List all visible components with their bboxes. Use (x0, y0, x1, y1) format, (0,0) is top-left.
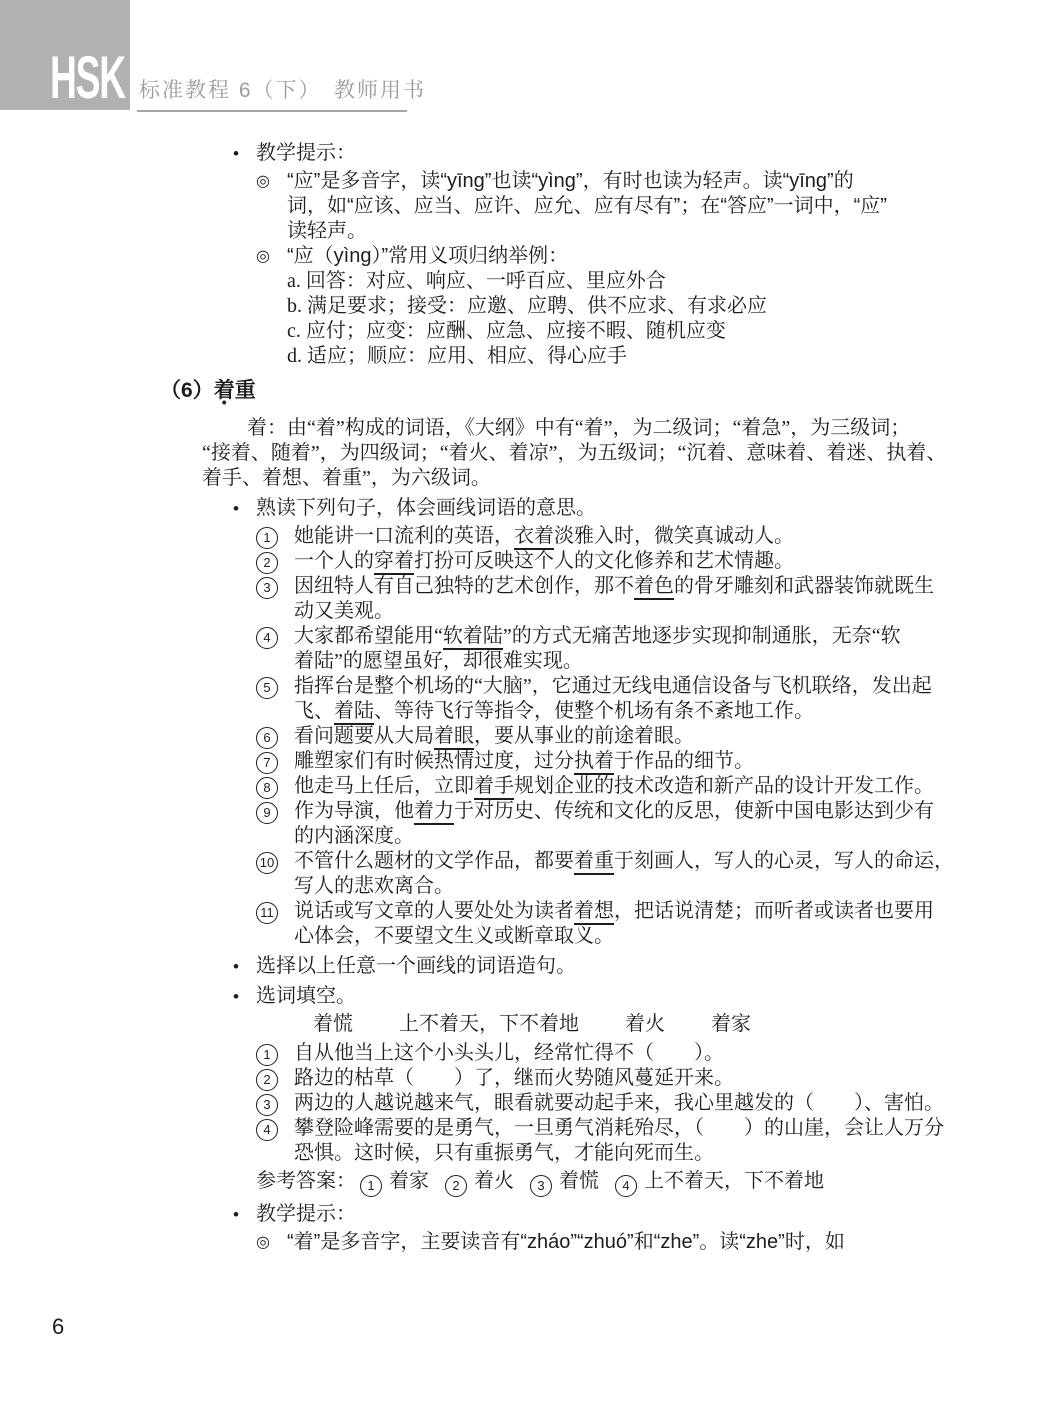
number-circle: 7 (256, 752, 278, 774)
numbered-sentence: 8他走马上任后，立即着手规划企业的技术改造和新产品的设计开发工作。 (256, 774, 1039, 799)
bullet-item: •选词填空。 (233, 984, 1039, 1009)
sentence-line: 恐惧。这时候，只有重振勇气，才能向死而生。 (294, 1141, 944, 1166)
sentence-lines: 不管什么题材的文学作品，都要着重于刻画人，写人的心灵，写人的命运，写人的悲欢离合… (294, 849, 954, 899)
sentence-lines: 攀登险峰需要的是勇气，一旦勇气消耗殆尽，（ ）的山崖，会让人万分恐惧。这时候，只… (294, 1116, 944, 1166)
sentence-number: 4 (256, 1116, 294, 1141)
note-line: 词，如“应该、应当、应许、应允、应有尽有”；在“答应”一词中，“应” (287, 194, 887, 219)
sentence-number: 4 (256, 624, 294, 649)
text-run: 打扮可反映这个人的文化修养和艺术情趣。 (414, 550, 794, 572)
sentence-lines: 他走马上任后，立即着手规划企业的技术改造和新产品的设计开发工作。 (294, 774, 934, 799)
note-line: “应（yìng）”常用义项归纳举例： (287, 244, 568, 269)
answer-word: 着家 (389, 1170, 429, 1192)
instruction-text: 选词填空。 (256, 984, 356, 1009)
numbered-sentence: 1她能讲一口流利的英语，衣着淡雅入时，微笑真诚动人。 (256, 524, 1039, 549)
note-lines: “应（yìng）”常用义项归纳举例： (287, 244, 568, 269)
sentence-line: 看问题要从大局着眼，要从事业的前途着眼。 (294, 724, 694, 749)
circle-item: ◎“应”是多音字，读“yīng”也读“yìng”，有时也读为轻声。读“yīng”… (256, 169, 1039, 244)
bullet-icon: • (233, 141, 256, 166)
heading-prefix: （6） (160, 379, 214, 402)
text-run: 的骨牙雕刻和武器装饰就既生 (674, 575, 934, 597)
text-run: ，把话说清楚；而听者或读者也要用 (614, 900, 934, 922)
text-run: 他走马上任后，立即 (294, 775, 474, 797)
circle-icon: ◎ (256, 244, 287, 269)
numbered-sentence: 3因纽特人有自己独特的艺术创作，那不着色的骨牙雕刻和武器装饰就既生动又美观。 (256, 574, 1039, 624)
bullet-icon: • (233, 496, 256, 521)
bullet-item: •教学提示： (233, 141, 1039, 166)
text-run: 规划企业的技术改造和新产品的设计开发工作。 (514, 775, 934, 797)
text-run: 她能讲一口流利的英语， (294, 525, 514, 547)
answer-label: 参考答案： (256, 1169, 356, 1194)
word-bank-item: 上不着天，下不着地 (399, 1013, 579, 1035)
sentence-number: 7 (256, 749, 294, 774)
number-circle: 4 (256, 627, 278, 649)
text-run: 于刻画人，写人的心灵，写人的命运， (614, 850, 954, 872)
header-title: 标准教程 6（下） 教师用书 (139, 74, 426, 104)
text-run: 路边的枯草（ ）了，继而火势随风蔓延开来。 (294, 1067, 734, 1089)
instruction-text: 教学提示： (256, 141, 356, 166)
text-run: “应（yìng）”常用义项归纳举例： (287, 245, 568, 267)
sentence-line: 他走马上任后，立即着手规划企业的技术改造和新产品的设计开发工作。 (294, 774, 934, 799)
circle-icon: ◎ (256, 1230, 287, 1255)
sentence-lines: 她能讲一口流利的英语，衣着淡雅入时，微笑真诚动人。 (294, 524, 794, 549)
text-run: 恐惧。这时候，只有重振勇气，才能向死而生。 (294, 1142, 714, 1164)
text-run: “应”是多音字，读“yīng”也读“yìng”，有时也读为轻声。读“yīng”的 (287, 170, 854, 192)
text-run: 飞、 (294, 700, 334, 722)
circle-icon: ◎ (256, 169, 287, 194)
sentence-line: 一个人的穿着打扮可反映这个人的文化修养和艺术情趣。 (294, 549, 794, 574)
sentence-line: 大家都希望能用“软着陆”的方式无痛苦地逐步实现抑制通胀，无奈“软 (294, 624, 901, 649)
note-lines: “应”是多音字，读“yīng”也读“yìng”，有时也读为轻声。读“yīng”的… (287, 169, 887, 244)
sentence-number: 9 (256, 799, 294, 824)
numbered-sentence: 7雕塑家们有时候热情过度，过分执着于作品的细节。 (256, 749, 1039, 774)
sentence-lines: 指挥台是整个机场的“大脑”，它通过无线电通信设备与飞机联络，发出起飞、着陆、等待… (294, 674, 932, 724)
paragraph-line: 着：由“着”构成的词语，《大纲》中有“着”，为二级词；“着急”，为三级词； (202, 416, 1039, 441)
sentence-lines: 一个人的穿着打扮可反映这个人的文化修养和艺术情趣。 (294, 549, 794, 574)
text-run: 攀登险峰需要的是勇气，一旦勇气消耗殆尽，（ ）的山崖，会让人万分 (294, 1117, 944, 1139)
hsk-logo: HSK (50, 50, 125, 106)
sentence-line: 动又美观。 (294, 599, 934, 624)
numbered-sentence: 4大家都希望能用“软着陆”的方式无痛苦地逐步实现抑制通胀，无奈“软着陆”的愿望虽… (256, 624, 1039, 674)
note-lines: “着”是多音字，主要读音有“zháo”“zhuó”和“zhe”。读“zhe”时，… (287, 1230, 845, 1255)
underlined-term: 着陆 (334, 700, 374, 725)
text-run: 的内涵深度。 (294, 825, 414, 847)
text-run: 作为导演，他 (294, 800, 414, 822)
sentence-lines: 路边的枯草（ ）了，继而火势随风蔓延开来。 (294, 1066, 734, 1091)
definition-line: a. 回答：对应、响应、一呼百应、里应外合 (287, 269, 1039, 294)
book-page: HSK 标准教程 6（下） 教师用书 •教学提示：◎“应”是多音字，读“yīng… (0, 0, 1039, 1401)
definition-line: b. 满足要求；接受：应邀、应聘、供不应求、有求必应 (287, 294, 1039, 319)
answer-number: 3 (530, 1175, 552, 1197)
sentence-line: 心体会，不要望文生义或断章取义。 (294, 924, 934, 949)
sentence-number: 2 (256, 1066, 294, 1091)
bullet-item: •选择以上任意一个画线的词语造句。 (233, 954, 1039, 979)
paragraph-line: “接着、随着”，为四级词；“着火、着凉”，为五级词；“沉着、意味着、着迷、执着、 (202, 441, 1039, 466)
number-circle: 8 (256, 777, 278, 799)
text-run: 读轻声。 (287, 220, 367, 242)
text-run: 两边的人越说越来气，眼看就要动起手来，我心里越发的（ ）、害怕。 (294, 1092, 944, 1114)
text-run: 着手、着想、着重”，为六级词。 (202, 467, 491, 489)
definition-line: d. 适应；顺应：应用、相应、得心应手 (287, 344, 1039, 369)
sentence-number: 1 (256, 524, 294, 549)
bullet-item: •教学提示： (233, 1202, 1039, 1227)
text-run: 淡雅入时，微笑真诚动人。 (554, 525, 794, 547)
text-run: 着陆”的愿望虽好，却很难实现。 (294, 650, 583, 672)
number-circle: 3 (256, 577, 278, 599)
answer-item: 2着火 (445, 1169, 514, 1197)
answer-word: 着火 (474, 1170, 514, 1192)
content: •教学提示：◎“应”是多音字，读“yīng”也读“yìng”，有时也读为轻声。读… (0, 136, 1039, 1255)
number-circle: 10 (256, 852, 278, 874)
answer-item: 1着家 (360, 1169, 429, 1197)
sentence-line: 自从他当上这个小头头儿，经常忙得不（ ）。 (294, 1041, 724, 1066)
text-run: 写人的悲欢离合。 (294, 875, 454, 897)
number-circle: 2 (256, 1069, 278, 1091)
number-circle: 2 (256, 552, 278, 574)
underlined-term: 着想 (574, 900, 614, 925)
underlined-term: 着手 (474, 775, 514, 800)
circle-item: ◎“应（yìng）”常用义项归纳举例： (256, 244, 1039, 269)
sentence-line: 因纽特人有自己独特的艺术创作，那不着色的骨牙雕刻和武器装饰就既生 (294, 574, 934, 599)
numbered-sentence: 6看问题要从大局着眼，要从事业的前途着眼。 (256, 724, 1039, 749)
numbered-sentence: 1自从他当上这个小头头儿，经常忙得不（ ）。 (256, 1041, 1039, 1066)
numbered-sentence: 2路边的枯草（ ）了，继而火势随风蔓延开来。 (256, 1066, 1039, 1091)
sentence-line: 她能讲一口流利的英语，衣着淡雅入时，微笑真诚动人。 (294, 524, 794, 549)
sentence-number: 3 (256, 1091, 294, 1116)
text-run: 于对历史、传统和文化的反思，使新中国电影达到少有 (454, 800, 934, 822)
sentence-line: 说话或写文章的人要处处为读者着想，把话说清楚；而听者或读者也要用 (294, 899, 934, 924)
text-run: 于作品的细节。 (614, 750, 754, 772)
sentence-number: 6 (256, 724, 294, 749)
word-bank-item: 着家 (711, 1013, 751, 1035)
number-circle: 4 (256, 1119, 278, 1141)
numbered-sentence: 11说话或写文章的人要处处为读者着想，把话说清楚；而听者或读者也要用心体会，不要… (256, 899, 1039, 949)
heading-rest: 重 (235, 379, 256, 402)
answer-item: 3着慌 (530, 1169, 599, 1197)
text-run: 、等待飞行等指令，使整个机场有条不紊地工作。 (374, 700, 814, 722)
answer-word: 着慌 (559, 1170, 599, 1192)
text-run: “着”是多音字，主要读音有“zháo”“zhuó”和“zhe”。读“zhe”时，… (287, 1231, 845, 1253)
text-run: 不管什么题材的文学作品，都要 (294, 850, 574, 872)
sentence-lines: 说话或写文章的人要处处为读者着想，把话说清楚；而听者或读者也要用心体会，不要望文… (294, 899, 934, 949)
answer-item: 4上不着天，下不着地 (615, 1169, 824, 1197)
text-run: 指挥台是整个机场的“大脑”，它通过无线电通信设备与飞机联络，发出起 (294, 675, 932, 697)
sentence-number: 10 (256, 849, 294, 874)
word-bank-item: 着火 (625, 1013, 665, 1035)
bullet-icon: • (233, 954, 256, 979)
sentence-lines: 作为导演，他着力于对历史、传统和文化的反思，使新中国电影达到少有的内涵深度。 (294, 799, 934, 849)
text-run: 动又美观。 (294, 600, 394, 622)
underlined-term: 着眼 (434, 725, 474, 750)
sentence-line: 的内涵深度。 (294, 824, 934, 849)
numbered-sentence: 4攀登险峰需要的是勇气，一旦勇气消耗殆尽，（ ）的山崖，会让人万分恐惧。这时候，… (256, 1116, 1039, 1166)
numbered-sentence: 9作为导演，他着力于对历史、传统和文化的反思，使新中国电影达到少有的内涵深度。 (256, 799, 1039, 849)
word-bank: 着慌上不着天，下不着地着火着家 (313, 1012, 1039, 1037)
sentence-line: 不管什么题材的文学作品，都要着重于刻画人，写人的心灵，写人的命运， (294, 849, 954, 874)
answer-number: 1 (360, 1175, 382, 1197)
section-heading: （6）着•重 (160, 378, 1039, 403)
text-run: 着：由“着”构成的词语，《大纲》中有“着”，为二级词；“着急”，为三级词； (247, 417, 910, 439)
underlined-term: 穿着 (374, 550, 414, 575)
underlined-term: 着力 (414, 800, 454, 825)
text-run: 自从他当上这个小头头儿，经常忙得不（ ）。 (294, 1042, 724, 1064)
sentence-lines: 因纽特人有自己独特的艺术创作，那不着色的骨牙雕刻和武器装饰就既生动又美观。 (294, 574, 934, 624)
number-circle: 1 (256, 527, 278, 549)
text-run: 看问题要从大局 (294, 725, 434, 747)
underlined-term: 着色 (634, 575, 674, 600)
sentence-number: 11 (256, 899, 294, 924)
note-line: 读轻声。 (287, 219, 887, 244)
emphasis-dot-icon: • (222, 397, 227, 407)
number-circle: 6 (256, 727, 278, 749)
numbered-sentence: 2一个人的穿着打扮可反映这个人的文化修养和艺术情趣。 (256, 549, 1039, 574)
sentence-line: 指挥台是整个机场的“大脑”，它通过无线电通信设备与飞机联络，发出起 (294, 674, 932, 699)
sentence-lines: 自从他当上这个小头头儿，经常忙得不（ ）。 (294, 1041, 724, 1066)
sentence-line: 雕塑家们有时候热情过度，过分执着于作品的细节。 (294, 749, 754, 774)
paragraph-line: 着手、着想、着重”，为六级词。 (202, 466, 1039, 491)
note-line: “应”是多音字，读“yīng”也读“yìng”，有时也读为轻声。读“yīng”的 (287, 169, 887, 194)
number-circle: 1 (256, 1044, 278, 1066)
note-line: “着”是多音字，主要读音有“zháo”“zhuó”和“zhe”。读“zhe”时，… (287, 1230, 845, 1255)
text-run: 因纽特人有自己独特的艺术创作，那不 (294, 575, 634, 597)
sentence-number: 1 (256, 1041, 294, 1066)
sentence-line: 作为导演，他着力于对历史、传统和文化的反思，使新中国电影达到少有 (294, 799, 934, 824)
circle-item: ◎“着”是多音字，主要读音有“zháo”“zhuó”和“zhe”。读“zhe”时… (256, 1230, 1039, 1255)
text-run: “接着、随着”，为四级词；“着火、着凉”，为五级词；“沉着、意味着、着迷、执着、 (202, 442, 946, 464)
bullet-item: •熟读下列句子，体会画线词语的意思。 (233, 496, 1039, 521)
text-run: 雕塑家们有时候热情过度，过分 (294, 750, 574, 772)
underlined-term: 软着陆 (443, 625, 503, 650)
sentence-lines: 大家都希望能用“软着陆”的方式无痛苦地逐步实现抑制通胀，无奈“软着陆”的愿望虽好… (294, 624, 901, 674)
numbered-sentence: 10不管什么题材的文学作品，都要着重于刻画人，写人的心灵，写人的命运，写人的悲欢… (256, 849, 1039, 899)
text-run: 一个人的 (294, 550, 374, 572)
bullet-icon: • (233, 1202, 256, 1227)
numbered-sentence: 5指挥台是整个机场的“大脑”，它通过无线电通信设备与飞机联络，发出起飞、着陆、等… (256, 674, 1039, 724)
page-number: 6 (52, 1314, 64, 1340)
numbered-sentence: 3两边的人越说越来气，眼看就要动起手来，我心里越发的（ ）、害怕。 (256, 1091, 1039, 1116)
paragraph: 着：由“着”构成的词语，《大纲》中有“着”，为二级词；“着急”，为三级词；“接着… (202, 416, 1039, 491)
instruction-text: 选择以上任意一个画线的词语造句。 (256, 954, 576, 979)
definition-line: c. 应付；应变：应酬、应急、应接不暇、随机应变 (287, 319, 1039, 344)
sentence-line: 写人的悲欢离合。 (294, 874, 954, 899)
sentence-lines: 雕塑家们有时候热情过度，过分执着于作品的细节。 (294, 749, 754, 774)
sentence-line: 飞、着陆、等待飞行等指令，使整个机场有条不紊地工作。 (294, 699, 932, 724)
answer-line: 参考答案：1着家2着火3着慌4上不着天，下不着地 (256, 1169, 1039, 1197)
text-run: ”的方式无痛苦地逐步实现抑制通胀，无奈“软 (503, 625, 901, 647)
answer-number: 2 (445, 1175, 467, 1197)
sentence-number: 5 (256, 674, 294, 699)
answer-number: 4 (615, 1175, 637, 1197)
text-run: 心体会，不要望文生义或断章取义。 (294, 925, 614, 947)
number-circle: 9 (256, 802, 278, 824)
text-run: ，要从事业的前途着眼。 (474, 725, 694, 747)
underlined-term: 衣着 (514, 525, 554, 550)
sentence-number: 8 (256, 774, 294, 799)
sentence-line: 两边的人越说越来气，眼看就要动起手来，我心里越发的（ ）、害怕。 (294, 1091, 944, 1116)
instruction-text: 教学提示： (256, 1202, 356, 1227)
sentence-line: 路边的枯草（ ）了，继而火势随风蔓延开来。 (294, 1066, 734, 1091)
text-run: 词，如“应该、应当、应许、应允、应有尽有”；在“答应”一词中，“应” (287, 195, 887, 217)
word-bank-item: 着慌 (313, 1013, 353, 1035)
bullet-icon: • (233, 984, 256, 1009)
number-circle: 11 (256, 902, 278, 924)
sentence-lines: 两边的人越说越来气，眼看就要动起手来，我心里越发的（ ）、害怕。 (294, 1091, 944, 1116)
sentence-number: 3 (256, 574, 294, 599)
underlined-term: 执着 (574, 750, 614, 775)
instruction-text: 熟读下列句子，体会画线词语的意思。 (256, 496, 596, 521)
header-underline (137, 110, 407, 112)
sentence-line: 攀登险峰需要的是勇气，一旦勇气消耗殆尽，（ ）的山崖，会让人万分 (294, 1116, 944, 1141)
answer-word: 上不着天，下不着地 (644, 1170, 824, 1192)
sentence-lines: 看问题要从大局着眼，要从事业的前途着眼。 (294, 724, 694, 749)
text-run: 大家都希望能用“ (294, 625, 443, 647)
number-circle: 3 (256, 1094, 278, 1116)
number-circle: 5 (256, 677, 278, 699)
heading-emphasis: 着• (214, 378, 235, 403)
sentence-number: 2 (256, 549, 294, 574)
sentence-line: 着陆”的愿望虽好，却很难实现。 (294, 649, 901, 674)
underlined-term: 着重 (574, 850, 614, 875)
text-run: 说话或写文章的人要处处为读者 (294, 900, 574, 922)
